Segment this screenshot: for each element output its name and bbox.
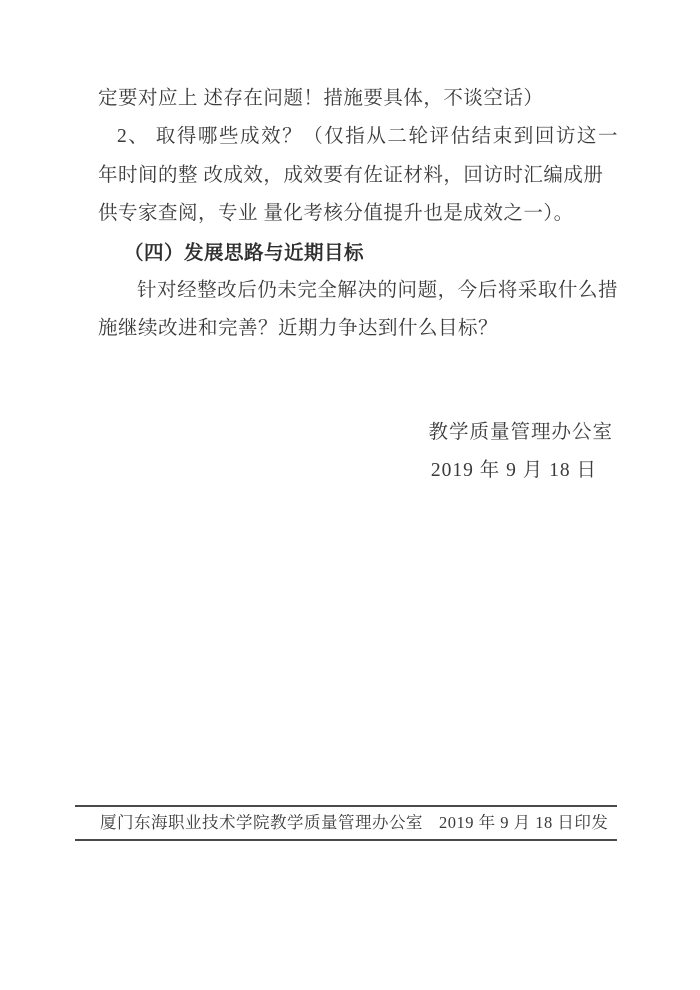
section-heading: （四）发展思路与近期目标: [98, 234, 618, 272]
imprint-footer: 厦门东海职业技术学院教学质量管理办公室 2019 年 9 月 18 日印发: [75, 805, 617, 841]
body-line: 施继续改进和完善？近期力争达到什么目标？: [98, 310, 618, 348]
signature-block: 教学质量管理办公室 2019 年 9 月 18 日: [428, 414, 613, 490]
imprint-issuer: 厦门东海职业技术学院教学质量管理办公室: [100, 807, 423, 839]
body-line: 年时间的整 改成效，成效要有佐证材料，回访时汇编成册: [98, 157, 618, 195]
imprint-footer-text: 厦门东海职业技术学院教学质量管理办公室 2019 年 9 月 18 日印发: [75, 807, 617, 839]
signature-date: 2019 年 9 月 18 日: [428, 452, 613, 490]
document-page: 定要对应上 述存在问题！措施要具体，不谈空话） 2、 取得哪些成效？（仅指从二轮…: [0, 0, 700, 990]
body-line: 供专家查阅，专业 量化考核分值提升也是成效之一）。: [98, 195, 618, 233]
body-line: 针对经整改后仍未完全解决的问题，今后将采取什么措: [98, 272, 618, 310]
document-body: 定要对应上 述存在问题！措施要具体，不谈空话） 2、 取得哪些成效？（仅指从二轮…: [98, 80, 618, 349]
imprint-print-date: 2019 年 9 月 18 日印发: [439, 807, 608, 839]
body-line: 定要对应上 述存在问题！措施要具体，不谈空话）: [98, 80, 618, 118]
body-line: 2、 取得哪些成效？（仅指从二轮评估结束到回访这一: [98, 118, 618, 156]
signature-office: 教学质量管理办公室: [428, 414, 613, 452]
